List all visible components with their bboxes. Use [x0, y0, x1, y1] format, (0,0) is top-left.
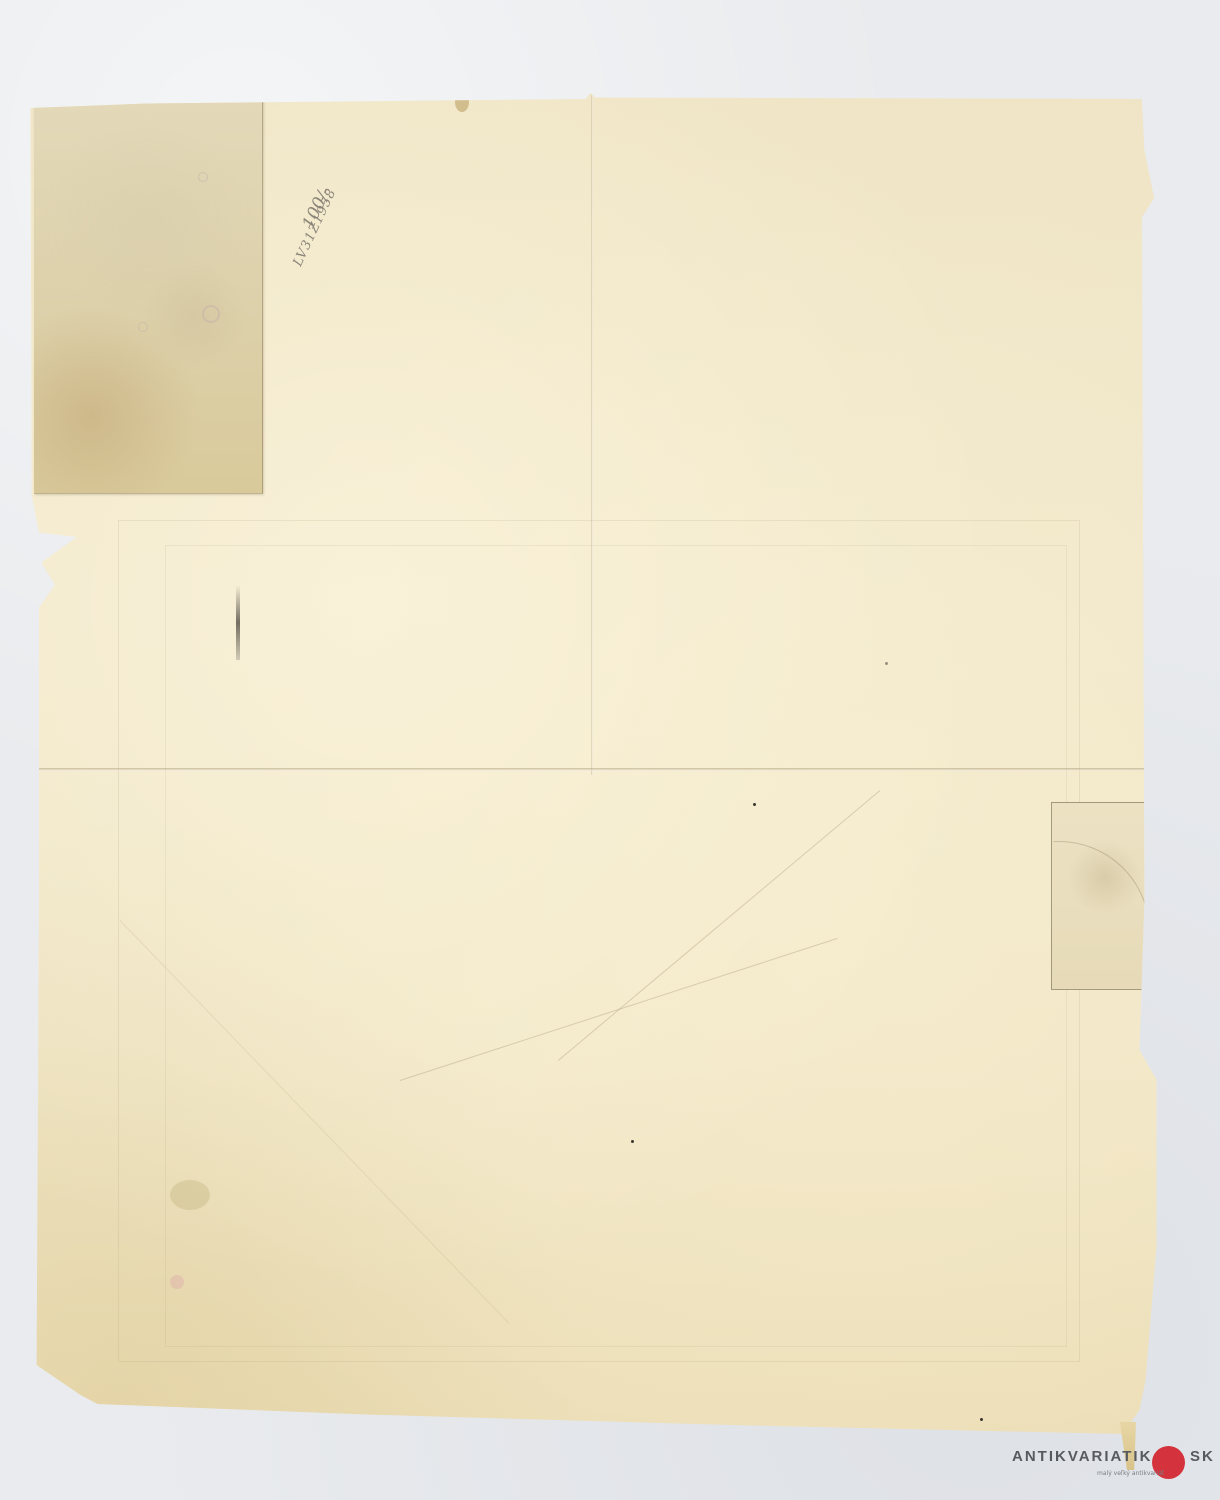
- foxing-stain: [170, 1275, 184, 1289]
- logo-domain: SK: [1190, 1448, 1215, 1465]
- paper-sheet: 100/- LV31Z1958: [0, 0, 1220, 1500]
- speck: [885, 662, 888, 665]
- ink-mark: [236, 585, 240, 660]
- show-through-inner-frame: [165, 545, 1067, 1347]
- foxing-ring: [198, 172, 208, 182]
- pasted-paper-patch-top-left: [34, 100, 263, 494]
- logo-tagline: malý veľký antikvariát: [1097, 1470, 1164, 1477]
- pasted-paper-patch-bottom-right: [1051, 802, 1149, 990]
- foxing-stain: [455, 92, 469, 112]
- logo-brand: ANTIKVARIATIK: [1012, 1448, 1152, 1465]
- speck: [980, 1418, 983, 1421]
- foxing-stain: [170, 1180, 210, 1210]
- vertical-fold-line: [591, 95, 593, 775]
- map-sheet-back: 100/- LV31Z1958: [0, 0, 1220, 1500]
- speck: [753, 803, 756, 806]
- foxing-ring: [202, 305, 220, 323]
- horizontal-fold-line: [36, 768, 1146, 771]
- speck: [321, 98, 324, 101]
- foxing-ring: [138, 322, 148, 332]
- watermark-logo: ANTIKVARIATIK SK malý veľký antikvariát: [1012, 1448, 1217, 1488]
- speck: [631, 1140, 634, 1143]
- pencil-annotation: 100/- LV31Z1958: [285, 180, 355, 270]
